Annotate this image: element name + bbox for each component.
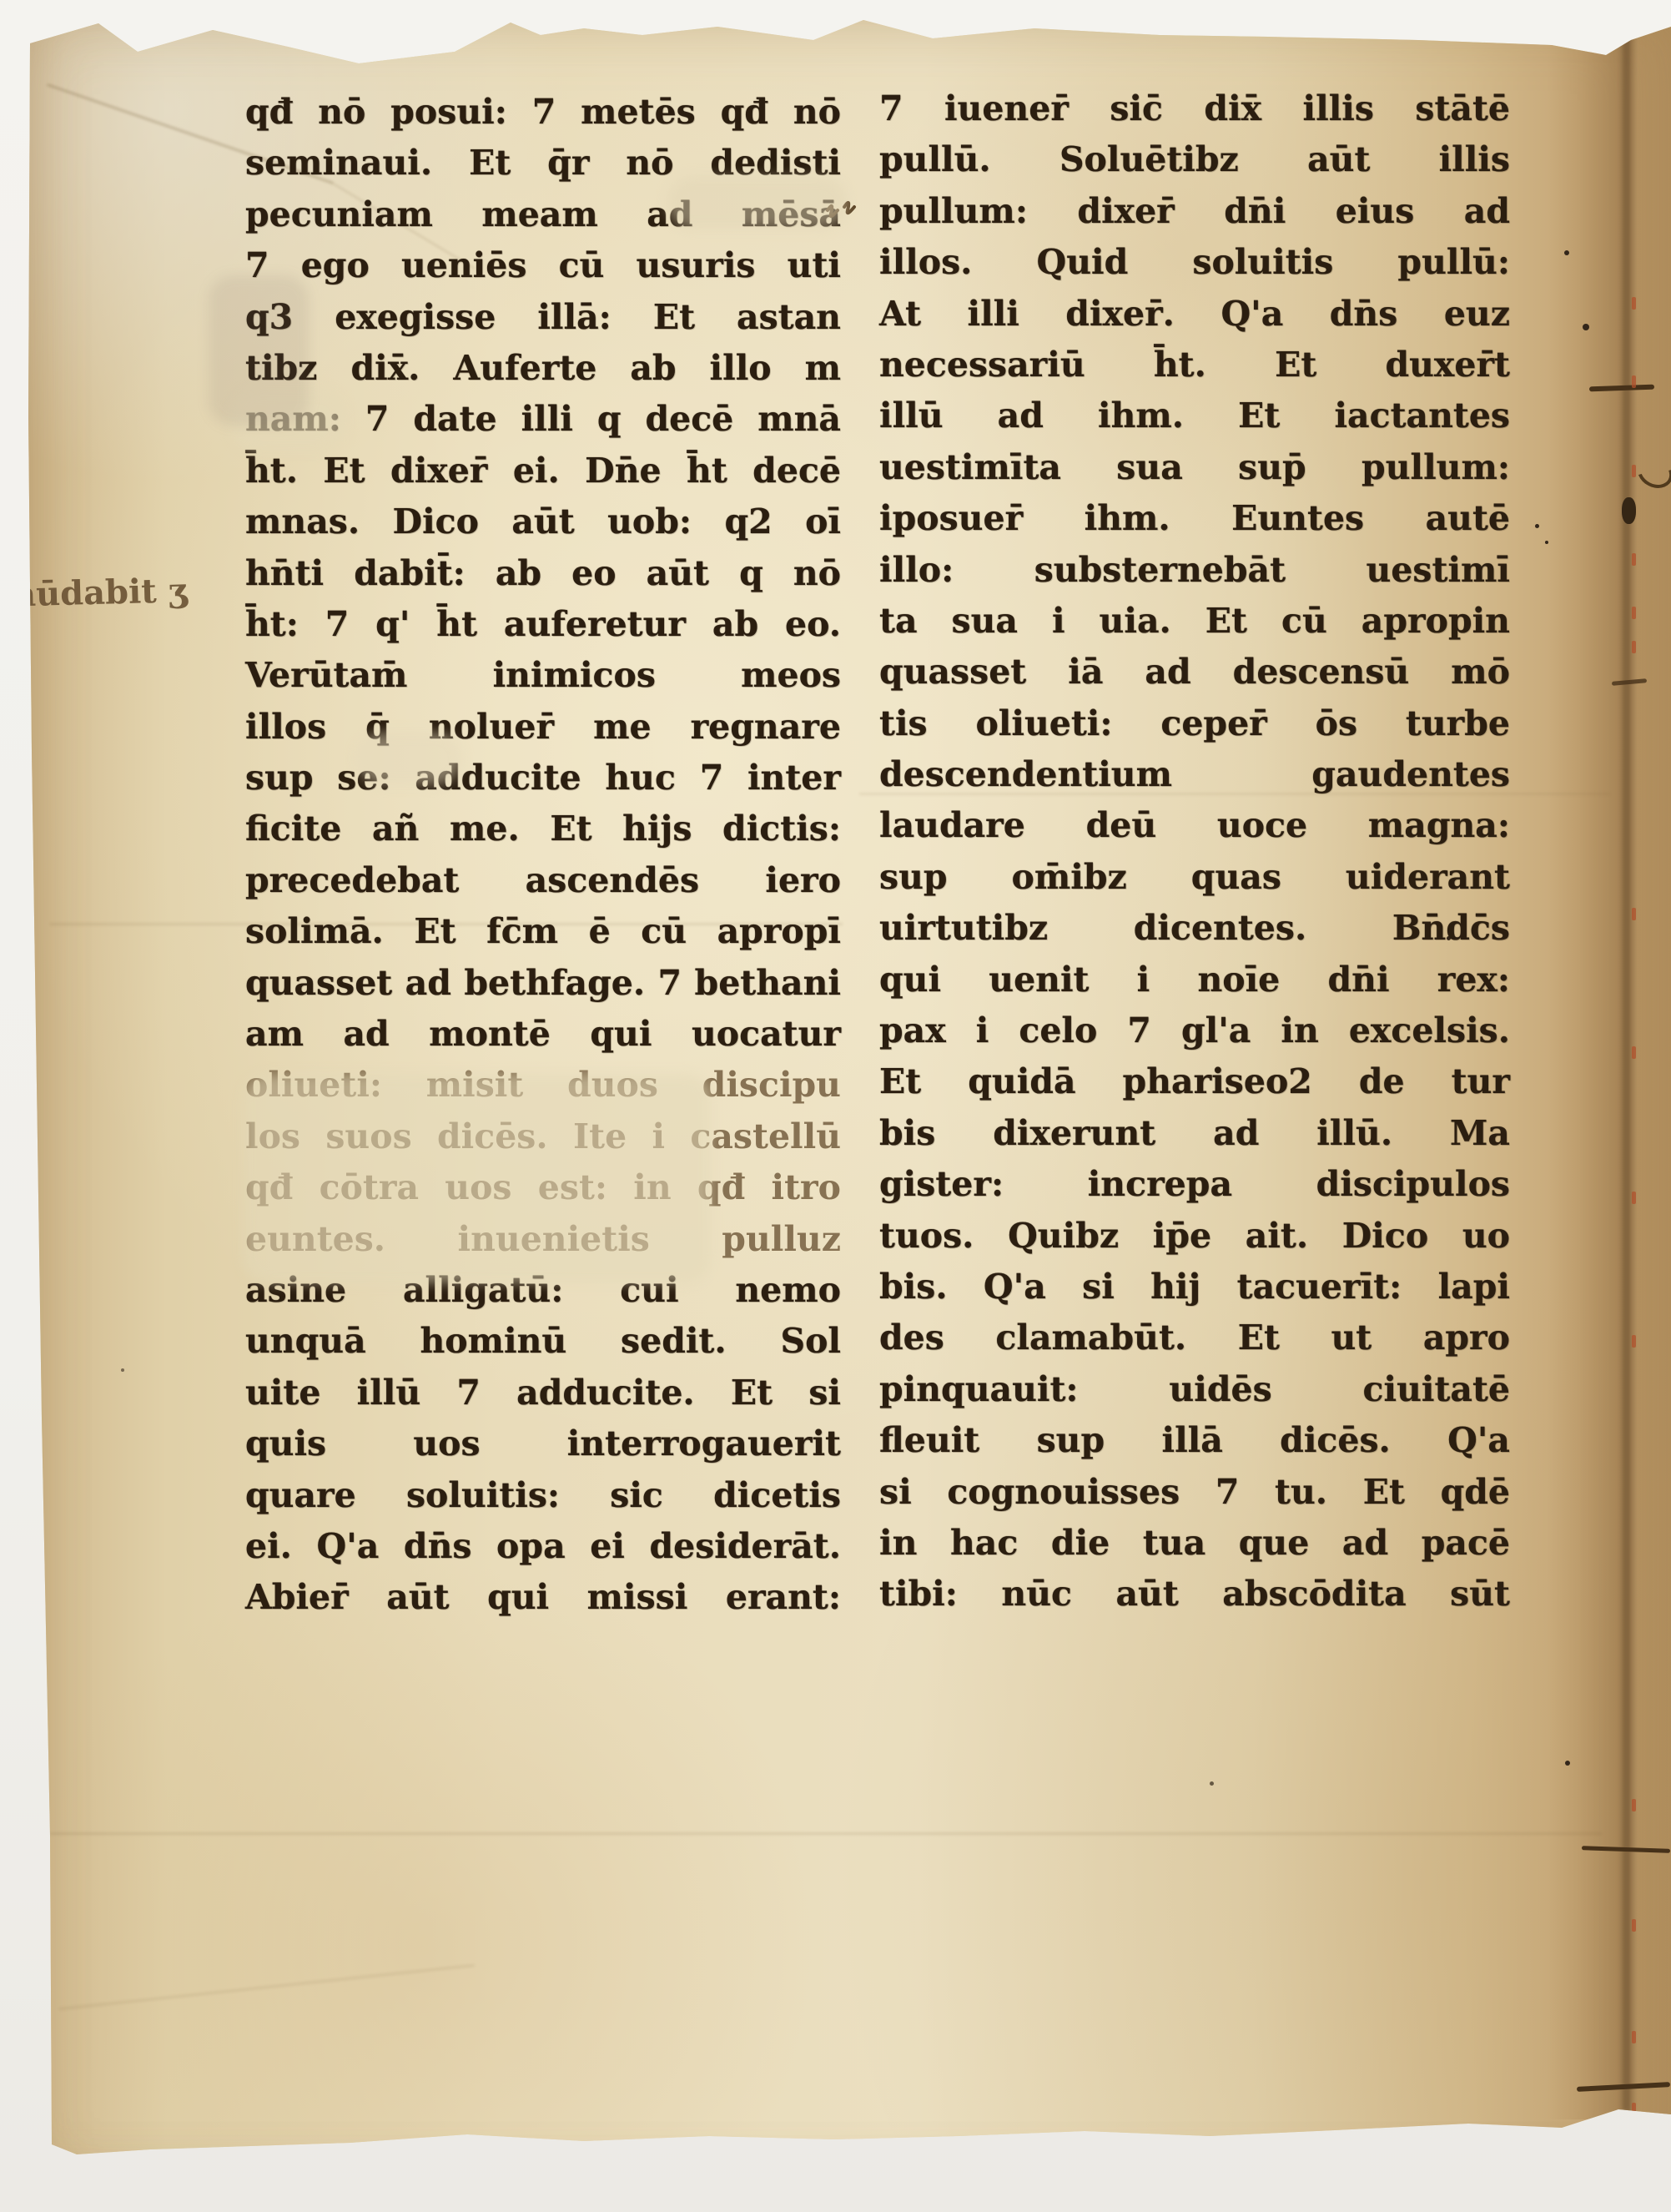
manuscript-line: ei. Q'a dn̄s opa ei desiderāt. bbox=[245, 1521, 841, 1572]
sewing-hole bbox=[1622, 497, 1636, 524]
rubric-tick bbox=[1632, 375, 1636, 388]
ink-speck bbox=[1564, 250, 1569, 255]
manuscript-line: euntes. inuenietis pulluz bbox=[245, 1214, 841, 1265]
manuscript-line: quare soluitis: sic dicetis bbox=[245, 1470, 841, 1521]
manuscript-line: in hac die tua que ad pacē bbox=[879, 1518, 1510, 1569]
manuscript-line: fleuit sup illā dicēs. Q'a bbox=[879, 1415, 1510, 1466]
manuscript-line: qđ cōtra uos est: in qđ itro bbox=[245, 1162, 841, 1213]
rubric-tick bbox=[1632, 1046, 1636, 1059]
ink-speck bbox=[1583, 324, 1589, 330]
manuscript-line: 7 ego ueniēs cū usuris uti bbox=[245, 240, 841, 291]
manuscript-line: illū ad ihm. Et iactantes bbox=[879, 391, 1510, 441]
manuscript-line: qui uenit i noīe dn̄i rex: bbox=[879, 955, 1510, 1005]
manuscript-line: qđ nō posui: 7 metēs qđ nō bbox=[245, 87, 841, 138]
stitch-thread bbox=[1612, 678, 1647, 686]
ink-speck bbox=[121, 1368, 124, 1372]
manuscript-line: des clamabūt. Et ut apro bbox=[879, 1313, 1510, 1363]
fold-crease bbox=[50, 1832, 1602, 1835]
manuscript-line: iposuer̄ ihm. Euntes autē bbox=[879, 493, 1510, 544]
rubric-tick bbox=[1632, 297, 1636, 310]
rubric-tick bbox=[1632, 465, 1636, 477]
manuscript-line: uirtutibz dicentes. Bn̄dc̄s bbox=[879, 903, 1510, 954]
manuscript-line: h̄t: 7 q' h̄t auferetur ab eo. bbox=[245, 599, 841, 650]
manuscript-line: Verūtam̄ inimicos meos bbox=[245, 650, 841, 701]
manuscript-line: oliueti: misit duos discipu bbox=[245, 1060, 841, 1111]
manuscript-line: tuos. Quibz ip̄e ait. Dico uo bbox=[879, 1211, 1510, 1262]
rubric-tick bbox=[1632, 1192, 1636, 1204]
parchment-leaf: qđ nō posui: 7 metēs qđ nōseminaui. Et q… bbox=[0, 0, 1671, 2212]
rubric-tick bbox=[1632, 553, 1636, 566]
manuscript-line: illos q̄ noluer̄ me regnare bbox=[245, 702, 841, 753]
manuscript-line: q3 exegisse illā: Et astan bbox=[245, 292, 841, 343]
manuscript-line: pecuniam meam ad mēsā bbox=[245, 189, 841, 240]
manuscript-line: bis. Q'a si hij tacuerīt: lapi bbox=[879, 1262, 1510, 1313]
manuscript-line: quis uos interrogauerit bbox=[245, 1418, 841, 1469]
rubric-tick bbox=[1632, 607, 1636, 619]
manuscript-line: ficite añ me. Et hijs dictis: bbox=[245, 804, 841, 854]
manuscript-line: asine alligatū: cui nemo bbox=[245, 1265, 841, 1316]
manuscript-line: sup om̄ibz quas uiderant bbox=[879, 852, 1510, 903]
manuscript-line: illo: substernebāt uestimī bbox=[879, 545, 1510, 596]
stitch-thread bbox=[1589, 385, 1654, 392]
manuscript-line: precedebat ascendēs iero bbox=[245, 855, 841, 906]
manuscript-line: sup se: adducite huc 7 inter bbox=[245, 753, 841, 804]
manuscript-line: quasset iā ad descensū mō bbox=[879, 647, 1510, 698]
manuscript-line: los suos dicēs. Ite i castellū bbox=[245, 1111, 841, 1162]
ink-speck bbox=[1545, 541, 1548, 544]
manuscript-line: pinquauit: uidēs ciuitatē bbox=[879, 1364, 1510, 1415]
manuscript-line: descendentium gaudentes bbox=[879, 749, 1510, 800]
manuscript-line: si cognouisses 7 tu. Et qdē bbox=[879, 1467, 1510, 1518]
manuscript-line: necessariū h̄t. Et duxer̄t bbox=[879, 340, 1510, 391]
manuscript-line: pullū. Soluētibz aūt illis bbox=[879, 134, 1510, 185]
manuscript-line: uestimīta sua sup̄ pullum: bbox=[879, 442, 1510, 493]
manuscript-line: mnas. Dico aūt uob: q2 oī bbox=[245, 496, 841, 547]
manuscript-line: 7 iuener̄ sic̄ dix̄ illis stātē bbox=[879, 83, 1510, 134]
rubric-tick bbox=[1632, 1335, 1636, 1348]
manuscript-line: bis dixerunt ad illū. Ma bbox=[879, 1108, 1510, 1159]
binding-crease bbox=[1622, 33, 1629, 2111]
manuscript-line: uite illū 7 adducite. Et si bbox=[245, 1368, 841, 1418]
text-column-left: qđ nō posui: 7 metēs qđ nōseminaui. Et q… bbox=[245, 87, 841, 1624]
manuscript-line: laudare deū uoce magna: bbox=[879, 800, 1510, 851]
manuscript-line: nam: 7 date illi q decē mnā bbox=[245, 394, 841, 445]
manuscript-line: unquā hominū sedit. Sol bbox=[245, 1316, 841, 1367]
rubric-tick bbox=[1632, 641, 1636, 653]
rubric-tick bbox=[1632, 908, 1636, 920]
manuscript-line: tibi: nūc aūt abscōdita sūt bbox=[879, 1569, 1510, 1620]
rubric-tick bbox=[1632, 1799, 1636, 1811]
manuscript-line: illos. Quid soluitis pullū: bbox=[879, 237, 1510, 288]
ink-speck bbox=[1535, 524, 1539, 528]
manuscript-line: pax i celo 7 gl'a in excelsis. bbox=[879, 1005, 1510, 1056]
manuscript-line: h̄t. Et dixer̄ ei. Dn̄e h̄t decē bbox=[245, 446, 841, 496]
manuscript-line: Et quidā phariseo2 de tur bbox=[879, 1056, 1510, 1107]
manuscript-line: ta sua i uia. Et cū apropin bbox=[879, 596, 1510, 647]
manuscript-line: hn̄ti dabit̄: ab eo aūt q nō bbox=[245, 548, 841, 599]
manuscript-line: tibz dix̄. Auferte ab illo m bbox=[245, 343, 841, 394]
marginal-note: hūdabit ʒ bbox=[11, 569, 237, 614]
rubric-tick bbox=[1632, 1919, 1636, 1932]
manuscript-line: seminaui. Et q̄r nō dedisti bbox=[245, 138, 841, 189]
manuscript-line: pullum: dixer̄ dn̄i eius ad bbox=[879, 186, 1510, 237]
text-column-right: 7 iuener̄ sic̄ dix̄ illis stātēpullū. So… bbox=[879, 83, 1510, 1620]
fold-crease bbox=[59, 1964, 475, 2010]
manuscript-line: tis oliueti: ceper̄ ōs turbe bbox=[879, 698, 1510, 749]
rubric-tick bbox=[1632, 2103, 1636, 2115]
stitch-thread bbox=[1577, 2082, 1670, 2092]
manuscript-line: At illi dixer̄. Q'a dn̄s euz bbox=[879, 289, 1510, 340]
ink-speck bbox=[1210, 1781, 1214, 1786]
scan-background: { "page": { "type": "manuscript-leaf", "… bbox=[0, 0, 1671, 2212]
manuscript-line: am ad montē qui uocatur bbox=[245, 1009, 841, 1060]
manuscript-line: solimā. Et fc̄m ē cū apropī bbox=[245, 906, 841, 957]
ink-speck bbox=[1565, 1761, 1570, 1766]
rubric-tick bbox=[1632, 2031, 1636, 2043]
manuscript-line: gister: increpa discipulos bbox=[879, 1159, 1510, 1210]
manuscript-line: Abier̄ aūt qui missi erant: bbox=[245, 1572, 841, 1623]
stitch-thread bbox=[1632, 451, 1671, 494]
binding-gutter-shading bbox=[1548, 23, 1671, 2119]
stitch-thread bbox=[1582, 1846, 1670, 1853]
manuscript-line: quasset ad bethfage. 7 bethani bbox=[245, 958, 841, 1009]
